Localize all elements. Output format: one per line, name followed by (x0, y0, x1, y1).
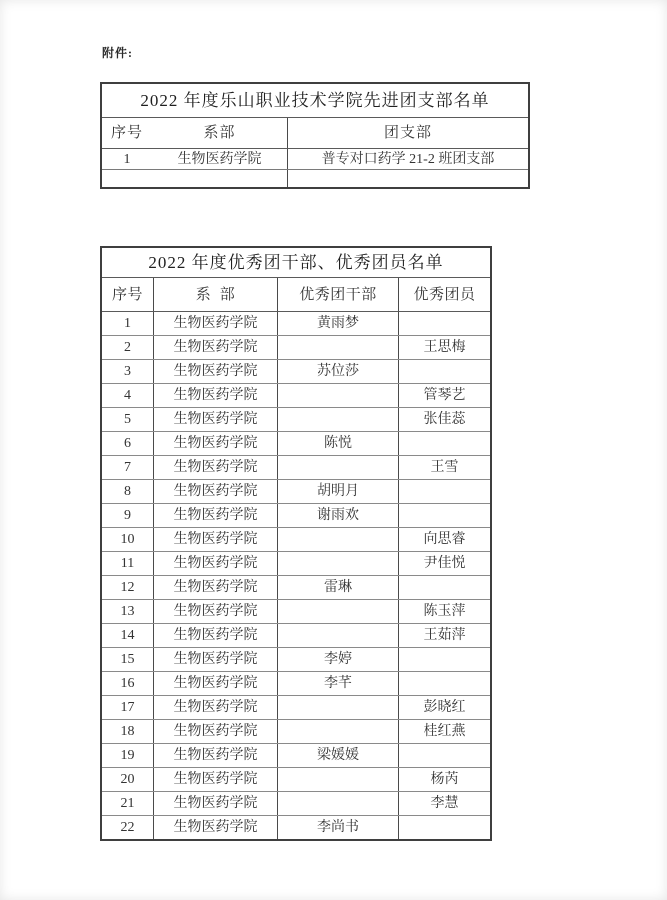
cell-index: 13 (102, 600, 153, 623)
table1-header-index: 序号 (102, 118, 152, 148)
cell-index: 17 (102, 696, 153, 719)
cell-index: 22 (102, 816, 153, 839)
cell-cadre (277, 696, 398, 719)
table-row: 8 生物医药学院 胡明月 (102, 480, 490, 504)
cell-cadre: 谢雨欢 (277, 504, 398, 527)
table2-header-department: 系 部 (153, 278, 277, 311)
cell-index: 1 (102, 312, 153, 335)
table-row: 22 生物医药学院 李尚书 (102, 816, 490, 839)
cell-department: 生物医药学院 (153, 696, 277, 719)
cell-cadre: 雷琳 (277, 576, 398, 599)
cell-department: 生物医药学院 (153, 408, 277, 431)
table-row: 1 生物医药学院 黄雨梦 (102, 312, 490, 336)
cell-index: 1 (102, 149, 152, 169)
table-row: 3 生物医药学院 苏位莎 (102, 360, 490, 384)
table-row: 1 生物医药学院 普专对口药学 21-2 班团支部 (102, 149, 528, 170)
table2-header-member: 优秀团员 (398, 278, 490, 311)
cell-member (398, 648, 490, 671)
table2-title: 2022 年度优秀团干部、优秀团员名单 (102, 248, 490, 278)
table-row: 18 生物医药学院 桂红燕 (102, 720, 490, 744)
table-row: 17 生物医药学院 彭晓红 (102, 696, 490, 720)
cell-cadre: 陈悦 (277, 432, 398, 455)
cell-member (398, 480, 490, 503)
attachment-label: 附件: (102, 44, 133, 61)
cell-department: 生物医药学院 (152, 149, 287, 169)
cell-index: 9 (102, 504, 153, 527)
cell-cadre (277, 624, 398, 647)
cell-member: 陈玉萍 (398, 600, 490, 623)
cell-cadre: 胡明月 (277, 480, 398, 503)
cell-index: 18 (102, 720, 153, 743)
cell-department: 生物医药学院 (153, 624, 277, 647)
cell-member: 桂红燕 (398, 720, 490, 743)
cell-cadre (277, 336, 398, 359)
cell-member (398, 576, 490, 599)
table-row: 7 生物医药学院 王雪 (102, 456, 490, 480)
cell-cadre (277, 528, 398, 551)
cell-index: 14 (102, 624, 153, 647)
cell-member: 李慧 (398, 792, 490, 815)
cell-cadre: 苏位莎 (277, 360, 398, 383)
cell-index: 15 (102, 648, 153, 671)
cell-department: 生物医药学院 (153, 336, 277, 359)
table-row: 10 生物医药学院 向思睿 (102, 528, 490, 552)
table1-header-branch: 团支部 (287, 118, 528, 148)
table1-header-department: 系部 (152, 118, 287, 148)
table2-header-cadre: 优秀团干部 (277, 278, 398, 311)
table1-title: 2022 年度乐山职业技术学院先进团支部名单 (102, 84, 528, 118)
table1-empty-row (102, 170, 528, 187)
cell-department: 生物医药学院 (153, 720, 277, 743)
cell-branch: 普专对口药学 21-2 班团支部 (287, 149, 528, 169)
cell-department: 生物医药学院 (153, 816, 277, 839)
cell-department: 生物医药学院 (153, 480, 277, 503)
table2-body: 1 生物医药学院 黄雨梦 2 生物医药学院 王思梅 3 生物医药学院 苏位莎 4… (102, 312, 490, 839)
table-row: 2 生物医药学院 王思梅 (102, 336, 490, 360)
cell-index: 21 (102, 792, 153, 815)
table-row: 13 生物医药学院 陈玉萍 (102, 600, 490, 624)
table-row: 14 生物医药学院 王茹萍 (102, 624, 490, 648)
cell-index: 7 (102, 456, 153, 479)
cell-index: 6 (102, 432, 153, 455)
cell-member (398, 432, 490, 455)
cell-cadre (277, 792, 398, 815)
outstanding-members-table: 2022 年度优秀团干部、优秀团员名单 序号 系 部 优秀团干部 优秀团员 1 … (100, 246, 492, 841)
cell-cadre: 黄雨梦 (277, 312, 398, 335)
cell-cadre (277, 720, 398, 743)
cell-index: 8 (102, 480, 153, 503)
table-row: 21 生物医药学院 李慧 (102, 792, 490, 816)
table-row: 9 生物医药学院 谢雨欢 (102, 504, 490, 528)
table-row: 6 生物医药学院 陈悦 (102, 432, 490, 456)
document-page: 附件: 2022 年度乐山职业技术学院先进团支部名单 序号 系部 团支部 1 生… (0, 0, 667, 900)
cell-member: 张佳蕊 (398, 408, 490, 431)
cell-index: 2 (102, 336, 153, 359)
empty-cell (102, 170, 287, 187)
table-row: 12 生物医药学院 雷琳 (102, 576, 490, 600)
table-row: 16 生物医药学院 李芊 (102, 672, 490, 696)
cell-member (398, 312, 490, 335)
cell-member (398, 744, 490, 767)
cell-department: 生物医药学院 (153, 456, 277, 479)
table1-header-row: 序号 系部 团支部 (102, 118, 528, 149)
cell-department: 生物医药学院 (153, 648, 277, 671)
table-row: 19 生物医药学院 梁媛媛 (102, 744, 490, 768)
cell-index: 11 (102, 552, 153, 575)
cell-member: 王思梅 (398, 336, 490, 359)
table2-header-index: 序号 (102, 278, 153, 311)
cell-cadre: 李尚书 (277, 816, 398, 839)
cell-member (398, 360, 490, 383)
cell-index: 5 (102, 408, 153, 431)
cell-member: 彭晓红 (398, 696, 490, 719)
cell-index: 10 (102, 528, 153, 551)
cell-department: 生物医药学院 (153, 744, 277, 767)
cell-cadre (277, 384, 398, 407)
cell-index: 20 (102, 768, 153, 791)
cell-index: 3 (102, 360, 153, 383)
cell-cadre (277, 456, 398, 479)
cell-member: 管琴艺 (398, 384, 490, 407)
cell-cadre (277, 408, 398, 431)
cell-member: 王茹萍 (398, 624, 490, 647)
cell-cadre (277, 768, 398, 791)
cell-member: 王雪 (398, 456, 490, 479)
cell-cadre (277, 600, 398, 623)
table2-header-row: 序号 系 部 优秀团干部 优秀团员 (102, 278, 490, 312)
cell-index: 19 (102, 744, 153, 767)
cell-department: 生物医药学院 (153, 552, 277, 575)
empty-cell (287, 170, 528, 187)
cell-cadre (277, 552, 398, 575)
table-row: 11 生物医药学院 尹佳悦 (102, 552, 490, 576)
cell-department: 生物医药学院 (153, 360, 277, 383)
cell-member: 尹佳悦 (398, 552, 490, 575)
cell-member (398, 672, 490, 695)
table-row: 20 生物医药学院 杨芮 (102, 768, 490, 792)
cell-index: 16 (102, 672, 153, 695)
cell-member (398, 816, 490, 839)
cell-department: 生物医药学院 (153, 768, 277, 791)
cell-department: 生物医药学院 (153, 384, 277, 407)
table-row: 4 生物医药学院 管琴艺 (102, 384, 490, 408)
cell-member: 杨芮 (398, 768, 490, 791)
cell-department: 生物医药学院 (153, 600, 277, 623)
cell-department: 生物医药学院 (153, 432, 277, 455)
cell-department: 生物医药学院 (153, 672, 277, 695)
cell-cadre: 李婷 (277, 648, 398, 671)
cell-index: 4 (102, 384, 153, 407)
advanced-branch-table: 2022 年度乐山职业技术学院先进团支部名单 序号 系部 团支部 1 生物医药学… (100, 82, 530, 189)
cell-member: 向思睿 (398, 528, 490, 551)
table-row: 15 生物医药学院 李婷 (102, 648, 490, 672)
cell-department: 生物医药学院 (153, 528, 277, 551)
cell-department: 生物医药学院 (153, 576, 277, 599)
table-row: 5 生物医药学院 张佳蕊 (102, 408, 490, 432)
cell-index: 12 (102, 576, 153, 599)
cell-cadre: 李芊 (277, 672, 398, 695)
cell-member (398, 504, 490, 527)
cell-department: 生物医药学院 (153, 312, 277, 335)
cell-cadre: 梁媛媛 (277, 744, 398, 767)
cell-department: 生物医药学院 (153, 792, 277, 815)
cell-department: 生物医药学院 (153, 504, 277, 527)
